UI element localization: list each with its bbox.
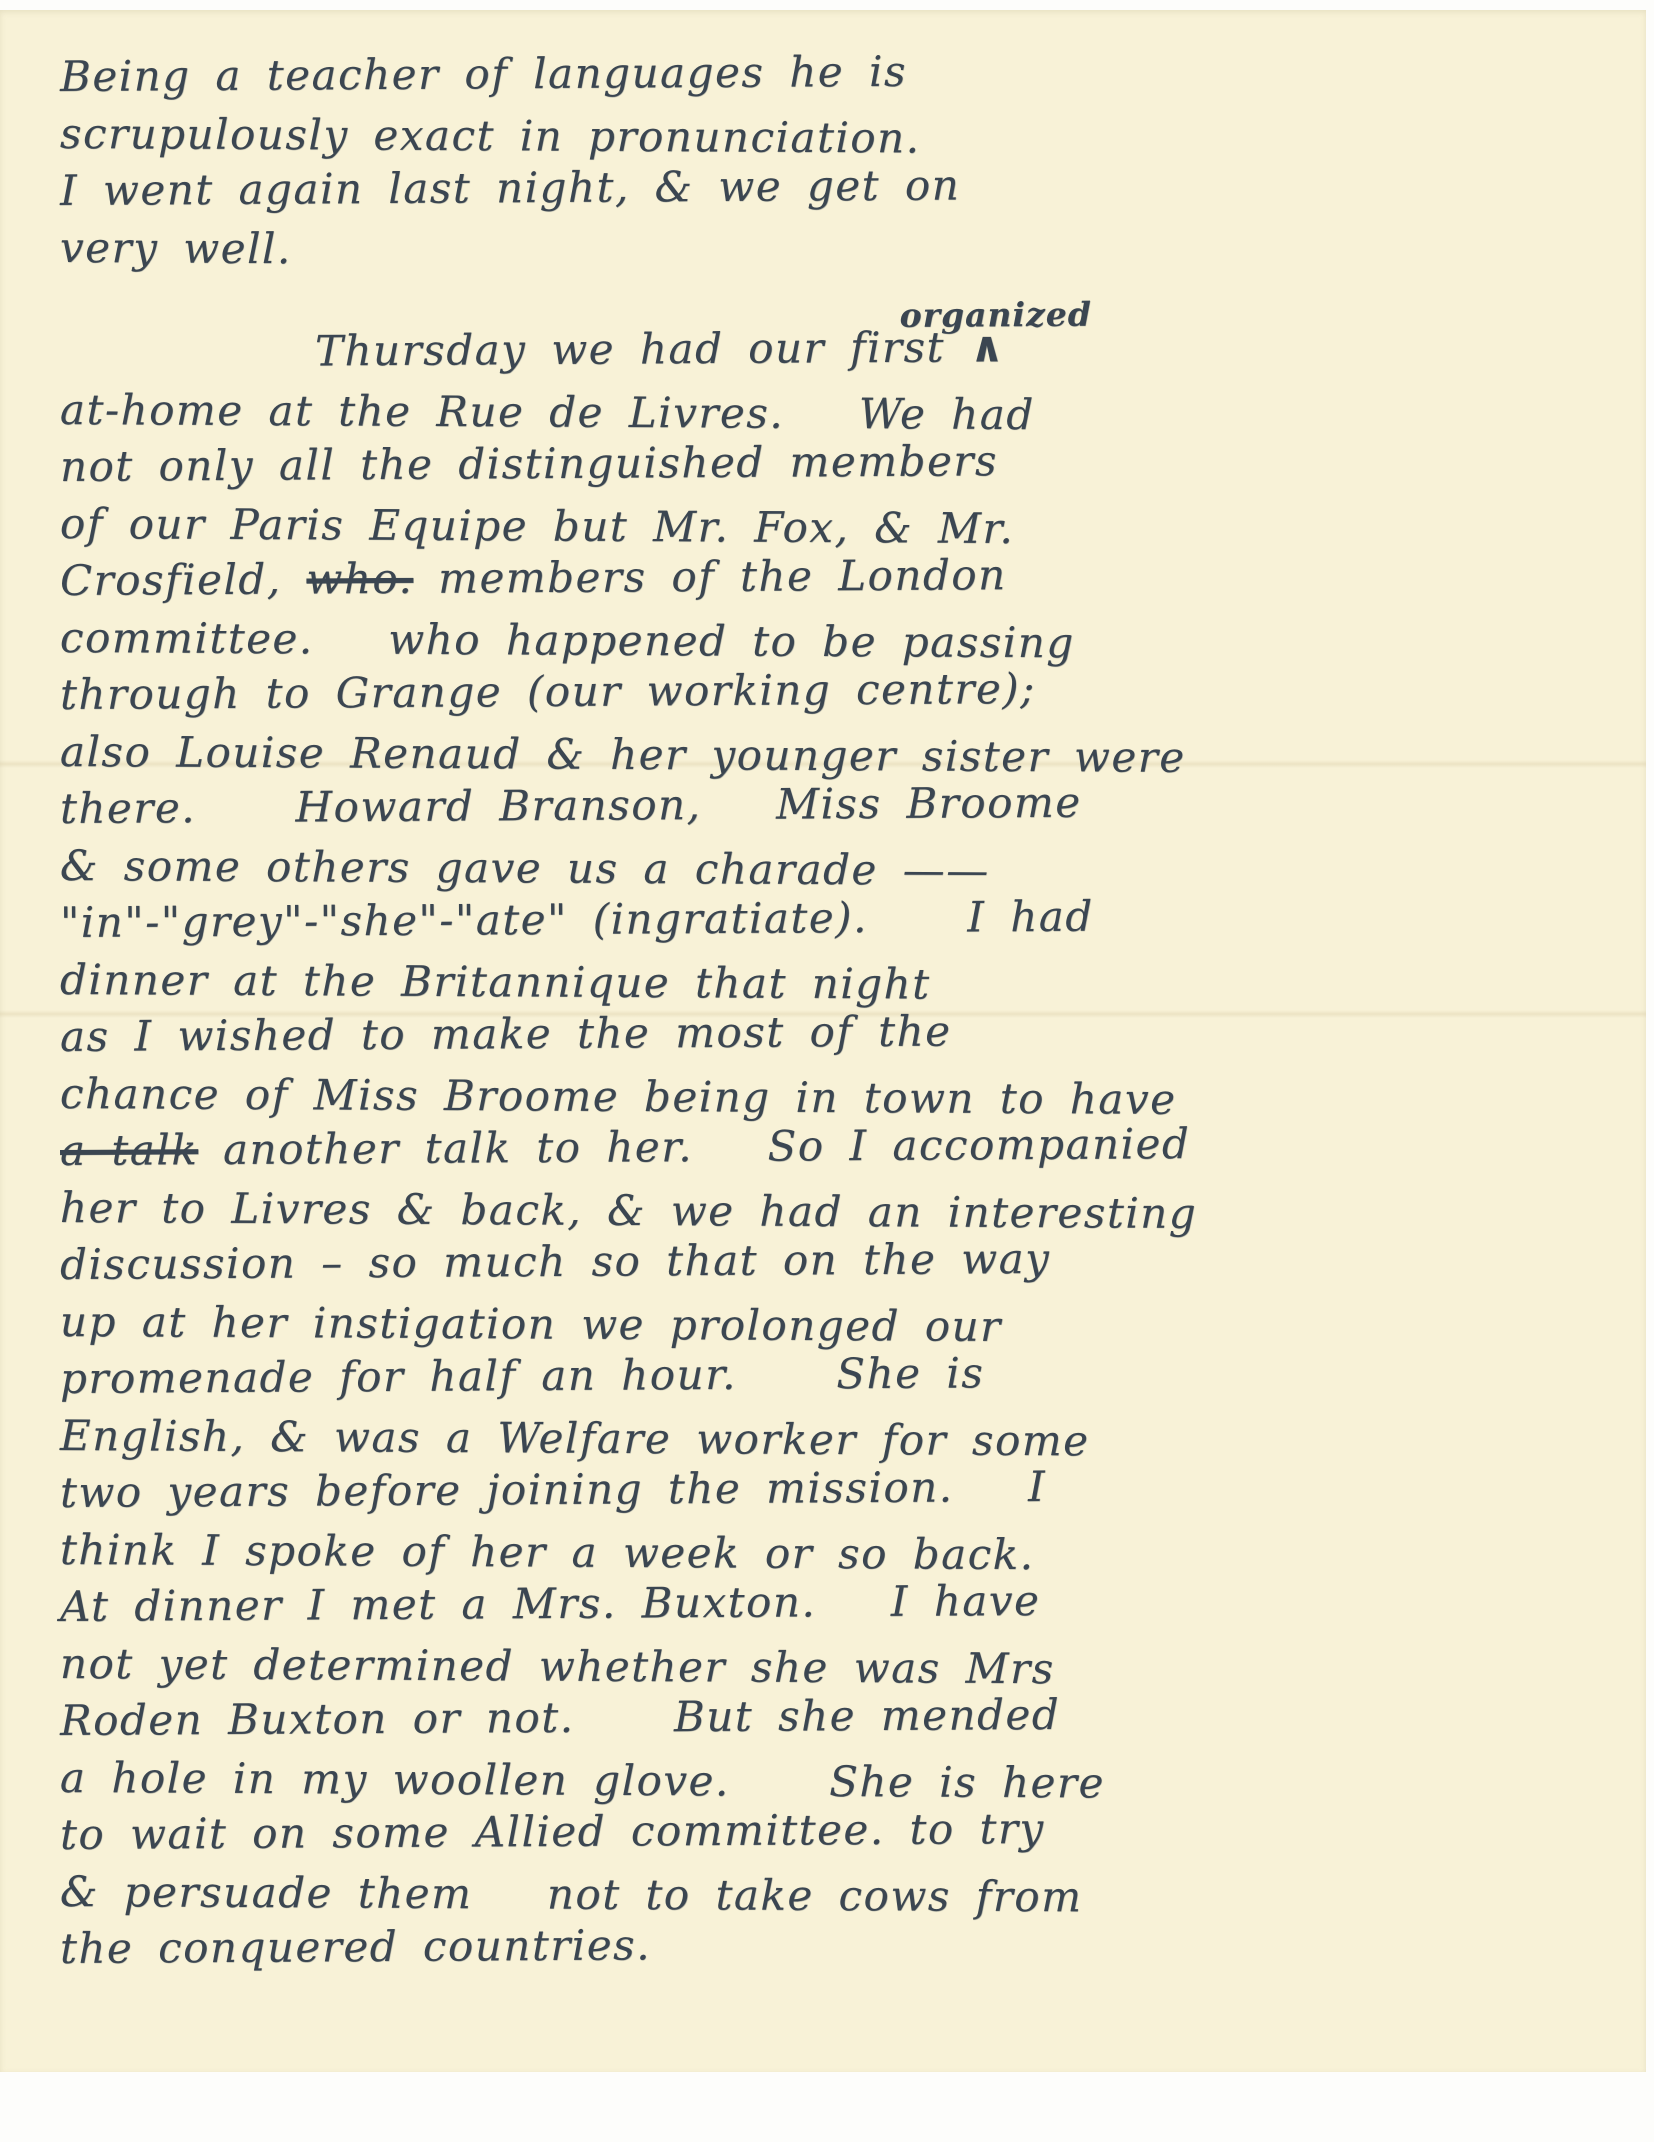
letter-line: very well.	[60, 219, 1590, 284]
line-text: two years before joining the mission. I	[60, 1462, 1046, 1517]
line-text: to wait on some Allied committee. to try	[60, 1804, 1045, 1859]
letter-line: the conquered countries.	[60, 1911, 1590, 1977]
line-text: Crosfield,	[60, 554, 307, 605]
line-text: scrupulously exact in pronunciation.	[60, 109, 921, 163]
letter-line: Being a teacher of languages he is	[60, 39, 1590, 105]
line-text: as I wished to make the most of the	[60, 1007, 952, 1061]
letter-paper: Being a teacher of languages he isscrupu…	[0, 10, 1646, 2072]
line-text: At dinner I met a Mrs. Buxton. I have	[60, 1576, 1041, 1631]
letter-line: At dinner I met a Mrs. Buxton. I have	[60, 1569, 1590, 1635]
letter-line: as I wished to make the most of the	[60, 999, 1590, 1065]
line-text: members of the London	[413, 550, 1007, 603]
line-text: "in"-"grey"-"she"-"ate" (ingratiate). I …	[60, 892, 1094, 947]
letter-body: Being a teacher of languages he isscrupu…	[60, 48, 1590, 1977]
line-text: another talk to her. So I accompanied	[198, 1119, 1190, 1174]
letter-line: there. Howard Branson, Miss Broome	[60, 771, 1590, 837]
line-text: dinner at the Britannique that night	[60, 955, 931, 1009]
line-text: promenade for half an hour. She is	[60, 1348, 985, 1403]
line-text: not only all the distinguished members	[60, 436, 998, 491]
line-text: very well.	[60, 223, 292, 273]
letter-line: two years before joining the mission. I	[60, 1455, 1590, 1521]
letter-paragraph: Being a teacher of languages he isscrupu…	[60, 48, 1590, 276]
line-text: not yet determined whether she was Mrs	[60, 1639, 1055, 1693]
line-text: up at her instigation we prolonged our	[60, 1297, 1002, 1351]
scanned-letter-page: Being a teacher of languages he isscrupu…	[0, 0, 1654, 2142]
struck-out-word: a talk	[60, 1125, 198, 1175]
line-text: through to Grange (our working centre);	[60, 664, 1036, 719]
letter-line: Roden Buxton or not. But she mended	[60, 1683, 1590, 1749]
line-text: committee. who happened to be passing	[60, 613, 1075, 667]
insertion-caret: ∧organized	[970, 322, 1006, 371]
line-text: Roden Buxton or not. But she mended	[60, 1690, 1060, 1745]
struck-out-word: who.	[306, 554, 413, 604]
line-text: English, & was a Welfare worker for some	[60, 1411, 1090, 1465]
line-text: at-home at the Rue de Livres. We had	[60, 385, 1035, 439]
line-text: think I spoke of her a week or so back.	[60, 1525, 1035, 1579]
line-text: of our Paris Equipe but Mr. Fox, & Mr.	[60, 499, 1015, 553]
line-text: I went again last night, & we get on	[60, 161, 961, 215]
inserted-word-above-line: organized	[900, 298, 1092, 332]
letter-line: "in"-"grey"-"she"-"ate" (ingratiate). I …	[60, 885, 1590, 951]
letter-line: through to Grange (our working centre);	[60, 657, 1590, 723]
line-text: there. Howard Branson, Miss Broome	[60, 778, 1082, 833]
line-text: Thursday we had our first	[315, 322, 970, 375]
letter-line: promenade for half an hour. She is	[60, 1341, 1590, 1407]
letter-line: to wait on some Allied committee. to try	[60, 1797, 1590, 1863]
letter-paragraph: Thursday we had our first ∧organizedat-h…	[60, 324, 1590, 1977]
line-text: discussion – so much so that on the way	[60, 1234, 1051, 1289]
letter-line: discussion – so much so that on the way	[60, 1227, 1590, 1293]
letter-line: Crosfield, who. members of the London	[60, 543, 1590, 609]
line-text: Being a teacher of languages he is	[60, 47, 907, 101]
line-text: & some others gave us a charade ——	[60, 841, 990, 895]
letter-line: not only all the distinguished members	[60, 429, 1590, 495]
letter-line: I went again last night, & we get on	[60, 153, 1590, 219]
letter-line: a talk another talk to her. So I accompa…	[60, 1113, 1590, 1179]
line-text: the conquered countries.	[60, 1920, 651, 1973]
line-text: & persuade them not to take cows from	[60, 1867, 1083, 1921]
letter-line: Thursday we had our first ∧organized	[60, 315, 1590, 381]
line-text: a hole in my woollen glove. She is here	[60, 1753, 1105, 1807]
